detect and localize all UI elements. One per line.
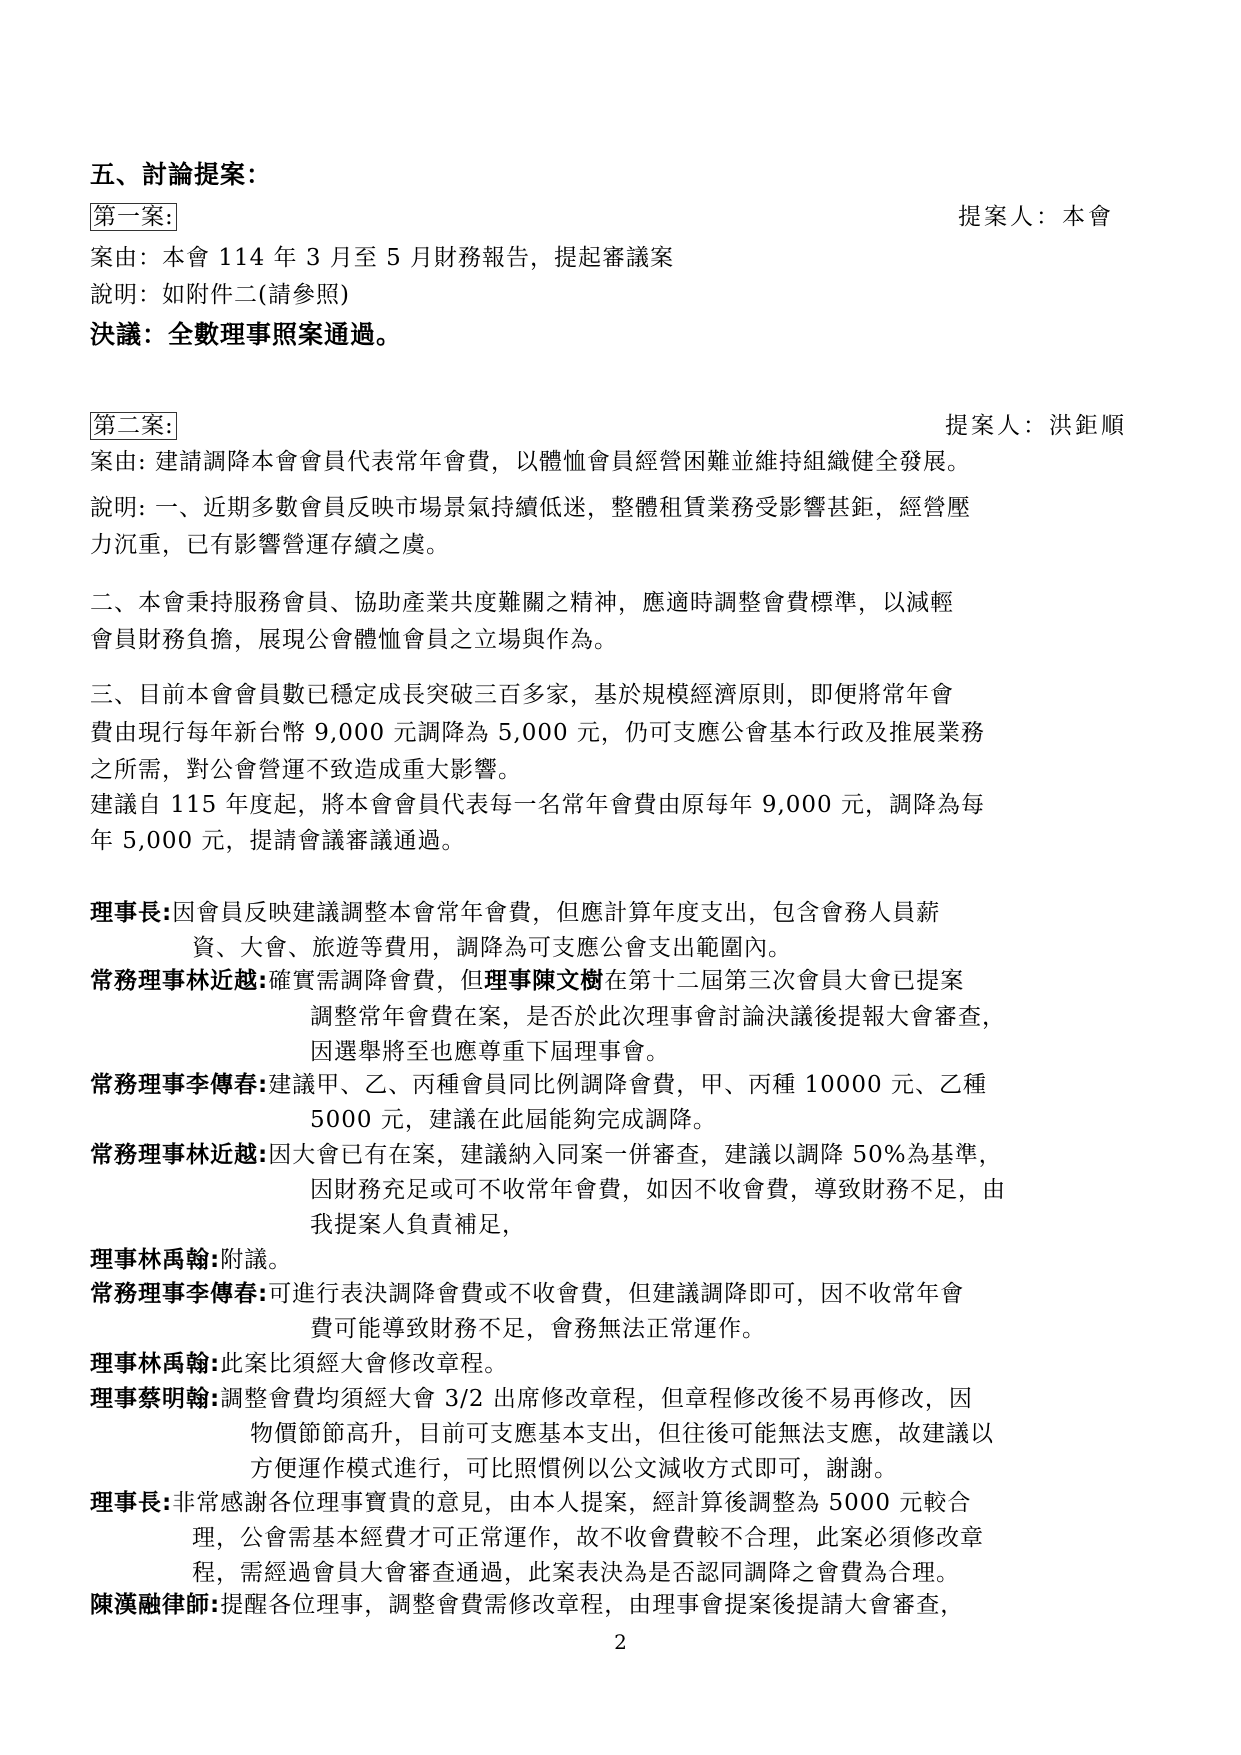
- case2-explanation-line: 費由現行每年新台幣 9,000 元調降為 5,000 元，仍可支應公會基本行政及…: [90, 718, 985, 748]
- case1-reason: 案由：本會 114 年 3 月至 5 月財務報告，提起審議案: [90, 243, 674, 273]
- case2-explanation-line: 會員財務負擔，展現公會體恤會員之立場與作為。: [90, 625, 618, 655]
- page-number: 2: [0, 1630, 1241, 1654]
- speech-line: 程，需經過會員大會審查通過，此案表決為是否認同調降之會費為合理。: [192, 1558, 960, 1588]
- speech-line: 物價節節高升，目前可支應基本支出，但往後可能無法支應，故建議以: [250, 1419, 994, 1449]
- speech-line: 在第十二屆第三次會員大會已提案: [604, 968, 964, 994]
- discussion-entry: 理事長:非常感謝各位理事寶貴的意見，由本人提案，經計算後調整為 5000 元較合: [90, 1488, 971, 1518]
- speech-line: 建議甲、乙、丙種會員同比例調降會費，甲、丙種 10000 元、乙種: [268, 1072, 987, 1098]
- speech-line: 方便運作模式進行，可比照慣例以公文減收方式即可，謝謝。: [250, 1454, 898, 1484]
- speech-line: 5000 元，建議在此屆能夠完成調降。: [310, 1105, 717, 1135]
- speaker-name: 常務理事李傳春:: [90, 1281, 268, 1307]
- speech-line: 調整常年會費在案，是否於此次理事會討論決議後提報大會審查，: [310, 1002, 1006, 1032]
- case1-explanation: 說明：如附件二(請參照): [90, 280, 350, 310]
- speech-line: 因會員反映建議調整本會常年會費，但應計算年度支出，包含會務人員薪: [172, 900, 940, 926]
- speech-line: 資、大會、旅遊等費用，調降為可支應公會支出範圍內。: [192, 933, 792, 963]
- speaker-name: 常務理事林近越:: [90, 968, 268, 994]
- discussion-entry: 理事長:因會員反映建議調整本會常年會費，但應計算年度支出，包含會務人員薪: [90, 898, 940, 928]
- speaker-name: 理事林禹翰:: [90, 1247, 220, 1273]
- case1-proposer: 提案人：本會: [958, 202, 1114, 232]
- speech-line: 費可能導致財務不足，會務無法正常運作。: [310, 1314, 766, 1344]
- speech-line: 我提案人負責補足，: [310, 1210, 526, 1240]
- speech-line: 確實需調降會費，但: [268, 968, 484, 994]
- case1-label: 第一案:: [90, 202, 177, 232]
- discussion-entry: 常務理事李傳春:可進行表決調降會費或不收會費，但建議調降即可，因不收常年會: [90, 1279, 964, 1309]
- discussion-entry: 陳漢融律師:提醒各位理事，調整會費需修改章程，由理事會提案後提請大會審查，: [90, 1590, 964, 1620]
- case2-explanation-line: 二、本會秉持服務會員、協助產業共度難關之精神，應適時調整會費標準，以減輕: [90, 588, 954, 618]
- speech-line: 可進行表決調降會費或不收會費，但建議調降即可，因不收常年會: [268, 1281, 964, 1307]
- case2-reason: 案由: 建請調降本會會員代表常年會費，以體恤會員經營困難並維持組織健全發展。: [90, 447, 971, 477]
- discussion-entry: 常務理事林近越:確實需調降會費，但理事陳文樹在第十二屆第三次會員大會已提案: [90, 966, 964, 996]
- speech-line: 非常感謝各位理事寶貴的意見，由本人提案，經計算後調整為 5000 元較合: [172, 1490, 971, 1516]
- case2-explanation-line: 建議自 115 年度起，將本會會員代表每一名常年會費由原每年 9,000 元，調…: [90, 790, 985, 820]
- speech-line: 此案比須經大會修改章程。: [220, 1351, 508, 1377]
- speech-line: 因大會已有在案，建議納入同案一併審查，建議以調降 50%為基準，: [268, 1142, 1002, 1168]
- speech-line: 調整會費均須經大會 3/2 出席修改章程，但章程修改後不易再修改，因: [220, 1386, 973, 1412]
- case1-label-box: 第一案:: [90, 203, 177, 231]
- case1-resolution: 決議：全數理事照案通過。: [90, 320, 402, 350]
- speech-line: 因選舉將至也應尊重下屆理事會。: [310, 1037, 670, 1067]
- discussion-entry: 理事林禹翰:此案比須經大會修改章程。: [90, 1349, 508, 1379]
- speech-bold-name: 理事陳文樹: [484, 968, 604, 994]
- case2-explanation-line: 說明: 一、近期多數會員反映市場景氣持續低迷，整體租賃業務受影響甚鉅，經營壓: [90, 493, 971, 523]
- speaker-name: 理事長:: [90, 900, 172, 926]
- speech-line: 提醒各位理事，調整會費需修改章程，由理事會提案後提請大會審查，: [220, 1592, 964, 1618]
- discussion-entry: 理事蔡明翰:調整會費均須經大會 3/2 出席修改章程，但章程修改後不易再修改，因: [90, 1384, 973, 1414]
- case2-label: 第二案:: [90, 411, 177, 441]
- case2-explanation-line: 年 5,000 元，提請會議審議通過。: [90, 826, 465, 856]
- speech-line: 理，公會需基本經費才可正常運作，故不收會費較不合理，此案必須修改章: [192, 1523, 984, 1553]
- speaker-name: 理事林禹翰:: [90, 1351, 220, 1377]
- discussion-entry: 常務理事林近越:因大會已有在案，建議納入同案一併審查，建議以調降 50%為基準，: [90, 1140, 1003, 1170]
- speaker-name: 常務理事李傳春:: [90, 1072, 268, 1098]
- speaker-name: 陳漢融律師:: [90, 1592, 220, 1618]
- speaker-name: 理事蔡明翰:: [90, 1386, 220, 1412]
- speech-line: 因財務充足或可不收常年會費，如因不收會費，導致財務不足，由: [310, 1175, 1006, 1205]
- speaker-name: 理事長:: [90, 1490, 172, 1516]
- case2-proposer: 提案人：洪鉅順: [945, 411, 1127, 441]
- case2-explanation-line: 力沉重，已有影響營運存續之虞。: [90, 530, 450, 560]
- case2-explanation-line: 三、目前本會會員數已穩定成長突破三百多家，基於規模經濟原則，即便將常年會: [90, 680, 954, 710]
- speaker-name: 常務理事林近越:: [90, 1142, 268, 1168]
- speech-line: 附議。: [220, 1247, 292, 1273]
- discussion-entry: 理事林禹翰:附議。: [90, 1245, 292, 1275]
- section-title: 五、討論提案：: [90, 160, 272, 190]
- case2-explanation-line: 之所需，對公會營運不致造成重大影響。: [90, 755, 522, 785]
- discussion-entry: 常務理事李傳春:建議甲、乙、丙種會員同比例調降會費，甲、丙種 10000 元、乙…: [90, 1070, 987, 1100]
- case2-label-box: 第二案:: [90, 412, 177, 440]
